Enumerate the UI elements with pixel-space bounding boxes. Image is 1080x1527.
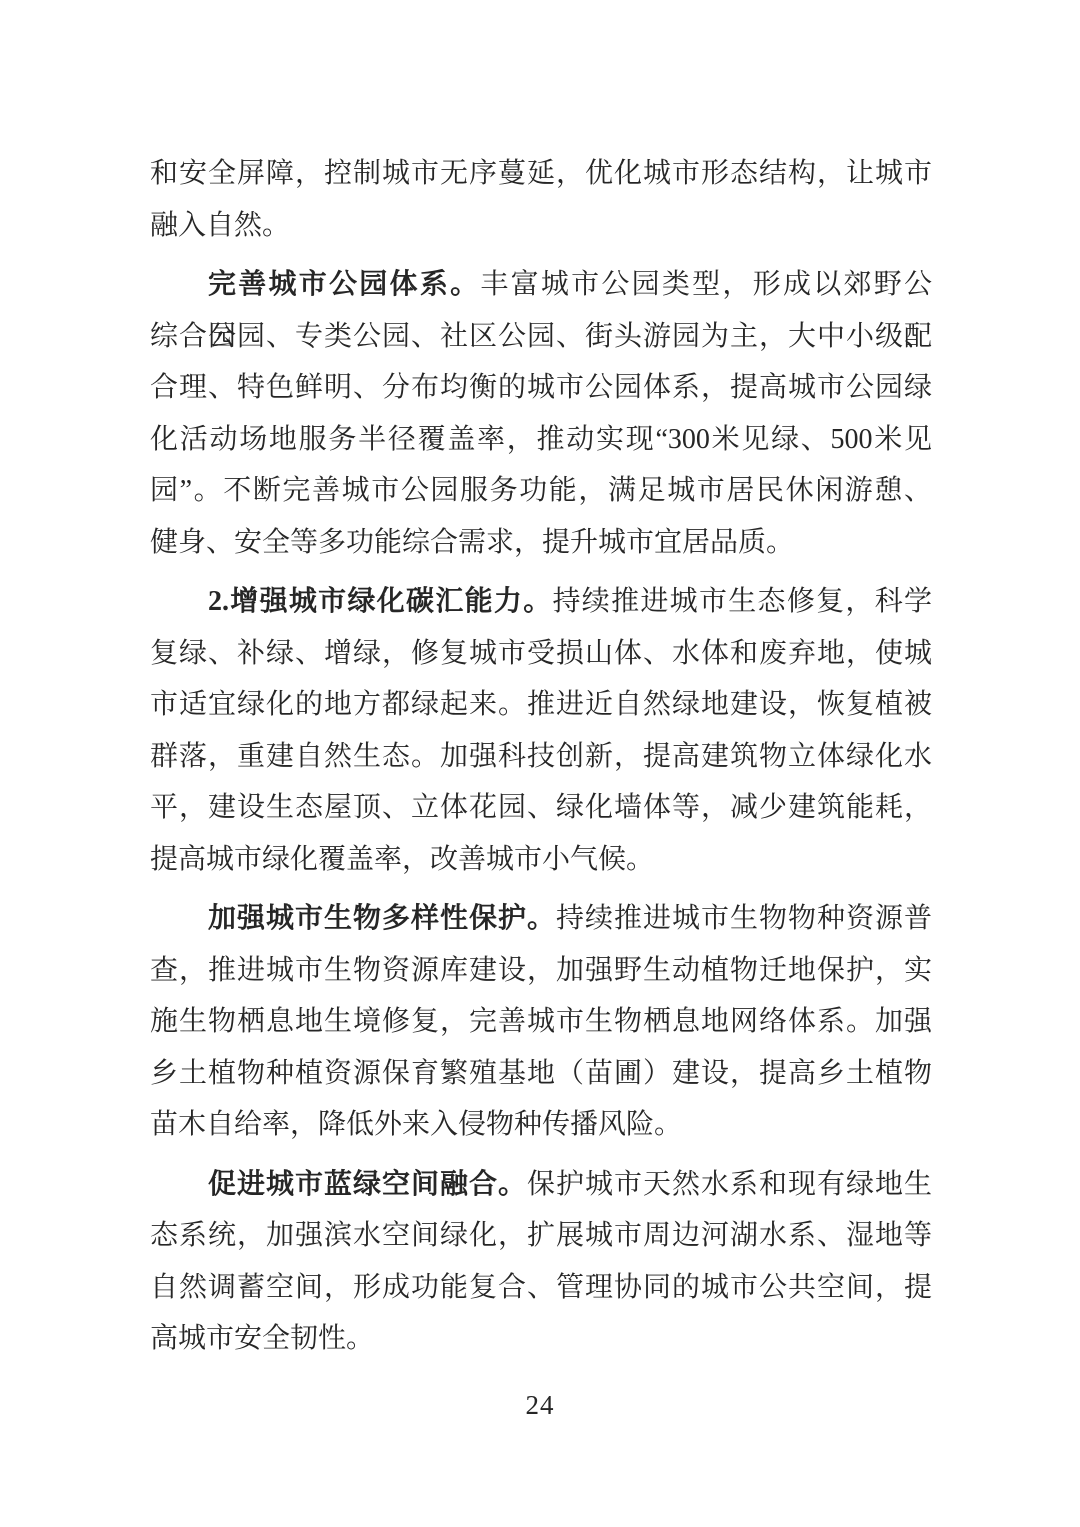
text-segment: 化活动场地服务半径覆盖率，推动实现“300米见绿、500米见 [150,424,932,455]
text-line: 健身、安全等多功能综合需求，提升城市宜居品质。 [150,517,932,569]
text-line: 查，推进城市生物资源库建设，加强野生动植物迁地保护，实 [150,945,932,997]
text-line: 合理、特色鲜明、分布均衡的城市公园体系，提高城市公园绿 [150,362,932,414]
text-segment: 态系统，加强滨水空间绿化，扩展城市周边河湖水系、湿地等 [150,1220,932,1251]
page-number: 24 [526,1390,555,1420]
text-segment: 苗木自给率，降低外来入侵物种传播风险。 [150,1109,682,1140]
text-line: 加强城市生物多样性保护。持续推进城市生物物种资源普 [150,893,932,945]
text-line: 融入自然。 [150,200,932,252]
page-footer: 24 [0,1390,1080,1421]
text-segment: 施生物栖息地生境修复，完善城市生物栖息地网络体系。加强 [150,1006,932,1037]
text-segment: 平，建设生态屋顶、立体花园、绿化墙体等，减少建筑能耗， [150,792,932,823]
text-line: 2.增强城市绿化碳汇能力。持续推进城市生态修复，科学 [150,576,932,628]
text-segment: 高城市安全韧性。 [150,1323,374,1354]
document-page: 和安全屏障，控制城市无序蔓延，优化城市形态结构，让城市融入自然。完善城市公园体系… [0,0,1080,1527]
text-line: 综合公园、专类公园、社区公园、街头游园为主，大中小级配 [150,311,932,363]
lead-phrase: 促进城市蓝绿空间融合。 [208,1169,527,1200]
paragraph: 促进城市蓝绿空间融合。保护城市天然水系和现有绿地生态系统，加强滨水空间绿化，扩展… [150,1159,932,1365]
text-segment: 保护城市天然水系和现有绿地生 [527,1169,932,1200]
text-line: 自然调蓄空间，形成功能复合、管理协同的城市公共空间，提 [150,1262,932,1314]
text-line: 园”。不断完善城市公园服务功能，满足城市居民休闲游憩、 [150,465,932,517]
paragraph: 完善城市公园体系。丰富城市公园类型，形成以郊野公园、综合公园、专类公园、社区公园… [150,259,932,568]
text-line: 市适宜绿化的地方都绿起来。推进近自然绿地建设，恢复植被 [150,679,932,731]
text-line: 促进城市蓝绿空间融合。保护城市天然水系和现有绿地生 [150,1159,932,1211]
lead-phrase: 完善城市公园体系。 [208,269,480,300]
text-line: 复绿、补绿、增绿，修复城市受损山体、水体和废弃地，使城 [150,628,932,680]
text-segment: 乡土植物种植资源保育繁殖基地（苗圃）建设，提高乡土植物 [150,1058,932,1089]
text-segment: 园”。不断完善城市公园服务功能，满足城市居民休闲游憩、 [150,475,932,506]
lead-phrase: 2.增强城市绿化碳汇能力。 [208,586,553,617]
text-segment: 自然调蓄空间，形成功能复合、管理协同的城市公共空间，提 [150,1272,932,1303]
text-line: 高城市安全韧性。 [150,1313,932,1365]
text-line: 态系统，加强滨水空间绿化，扩展城市周边河湖水系、湿地等 [150,1210,932,1262]
text-segment: 提高城市绿化覆盖率，改善城市小气候。 [150,844,654,875]
text-line: 完善城市公园体系。丰富城市公园类型，形成以郊野公园、 [150,259,932,311]
text-segment: 持续推进城市生态修复，科学 [553,586,933,617]
paragraph: 和安全屏障，控制城市无序蔓延，优化城市形态结构，让城市融入自然。 [150,148,932,251]
document-body: 和安全屏障，控制城市无序蔓延，优化城市形态结构，让城市融入自然。完善城市公园体系… [150,148,932,1365]
text-segment: 综合公园、专类公园、社区公园、街头游园为主，大中小级配 [150,321,932,352]
text-segment: 融入自然。 [150,210,290,241]
text-segment: 合理、特色鲜明、分布均衡的城市公园体系，提高城市公园绿 [150,372,932,403]
text-line: 施生物栖息地生境修复，完善城市生物栖息地网络体系。加强 [150,996,932,1048]
text-segment: 群落，重建自然生态。加强科技创新，提高建筑物立体绿化水 [150,741,932,772]
text-line: 和安全屏障，控制城市无序蔓延，优化城市形态结构，让城市 [150,148,932,200]
text-segment: 查，推进城市生物资源库建设，加强野生动植物迁地保护，实 [150,955,932,986]
text-line: 平，建设生态屋顶、立体花园、绿化墙体等，减少建筑能耗， [150,782,932,834]
text-line: 化活动场地服务半径覆盖率，推动实现“300米见绿、500米见 [150,414,932,466]
text-segment: 持续推进城市生物物种资源普 [556,903,932,934]
paragraph: 加强城市生物多样性保护。持续推进城市生物物种资源普查，推进城市生物资源库建设，加… [150,893,932,1151]
text-segment: 健身、安全等多功能综合需求，提升城市宜居品质。 [150,527,794,558]
text-line: 乡土植物种植资源保育繁殖基地（苗圃）建设，提高乡土植物 [150,1048,932,1100]
text-segment: 复绿、补绿、增绿，修复城市受损山体、水体和废弃地，使城 [150,638,932,669]
text-segment: 市适宜绿化的地方都绿起来。推进近自然绿地建设，恢复植被 [150,689,932,720]
text-line: 苗木自给率，降低外来入侵物种传播风险。 [150,1099,932,1151]
paragraph: 2.增强城市绿化碳汇能力。持续推进城市生态修复，科学复绿、补绿、增绿，修复城市受… [150,576,932,885]
text-line: 提高城市绿化覆盖率，改善城市小气候。 [150,834,932,886]
text-line: 群落，重建自然生态。加强科技创新，提高建筑物立体绿化水 [150,731,932,783]
text-segment: 和安全屏障，控制城市无序蔓延，优化城市形态结构，让城市 [150,158,932,189]
lead-phrase: 加强城市生物多样性保护。 [208,903,556,934]
